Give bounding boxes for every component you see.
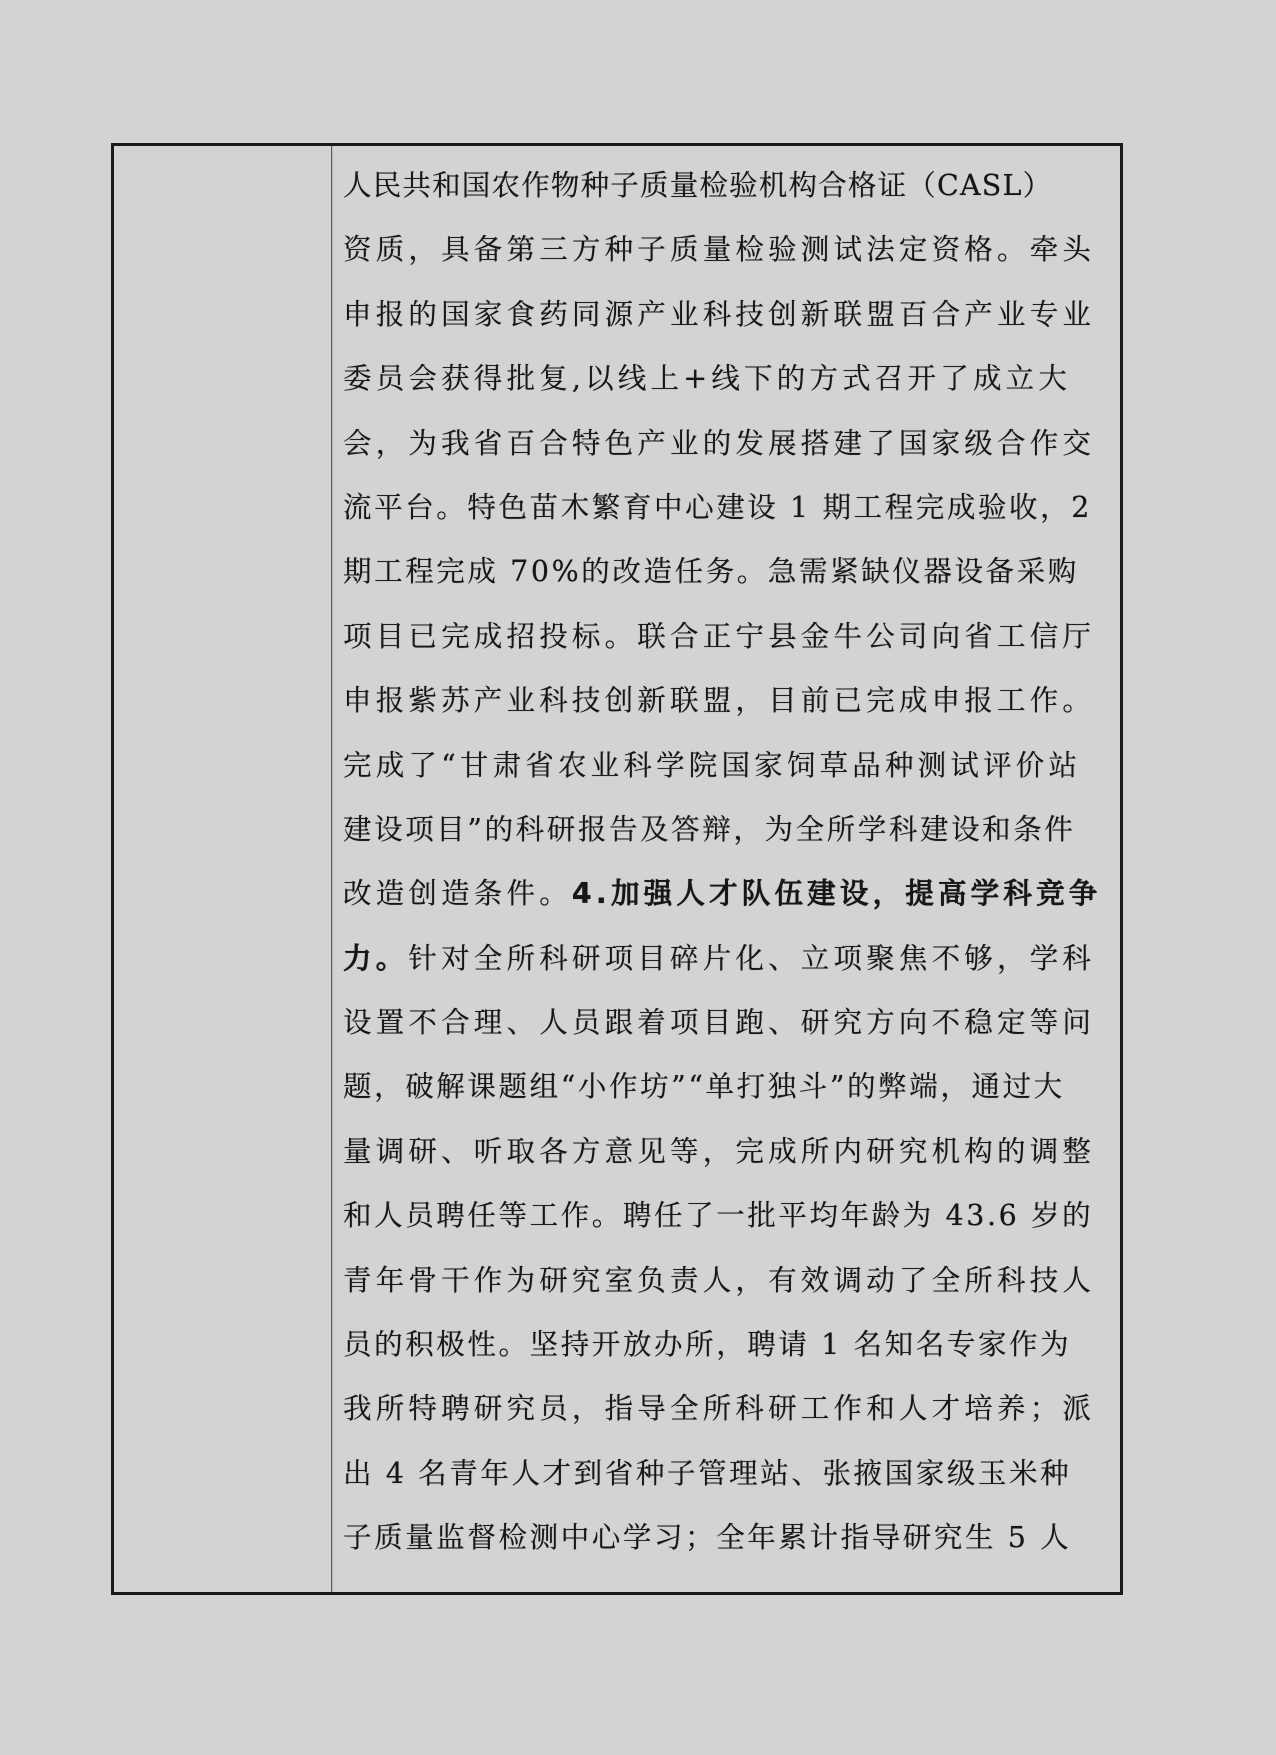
text-segment: 我所特聘研究员，指导全所科研工作和人才培养；派 bbox=[343, 1392, 1095, 1425]
text-segment: 量调研、听取各方意见等，完成所内研究机构的调整 bbox=[343, 1135, 1095, 1168]
text-segment: 员的积极性。坚持开放办所，聘请 1 名知名专家作为 bbox=[343, 1328, 1071, 1361]
text-segment: 申报的国家食药同源产业科技创新联盟百合产业专业 bbox=[343, 298, 1095, 331]
text-segment: 设置不合理、人员跟着项目跑、研究方向不稳定等问 bbox=[343, 1006, 1095, 1039]
text-line: 申报的国家食药同源产业科技创新联盟百合产业专业 bbox=[343, 283, 1113, 347]
text-line: 改造创造条件。4.加强人才队伍建设，提高学科竞争 bbox=[343, 862, 1113, 926]
text-segment: 资质，具备第三方种子质量检验测试法定资格。牵头 bbox=[343, 233, 1095, 266]
text-segment: 和人员聘任等工作。聘任了一批平均年龄为 43.6 岁的 bbox=[343, 1199, 1093, 1232]
text-segment: 青年骨干作为研究室负责人，有效调动了全所科技人 bbox=[343, 1264, 1095, 1297]
text-segment: 申报紫苏产业科技创新联盟，目前已完成申报工作。 bbox=[343, 684, 1095, 717]
text-segment: 改造创造条件。 bbox=[343, 877, 572, 910]
text-line: 设置不合理、人员跟着项目跑、研究方向不稳定等问 bbox=[343, 991, 1113, 1055]
text-line: 人民共和国农作物种子质量检验机构合格证（CASL） bbox=[343, 154, 1113, 218]
text-segment: 人民共和国农作物种子质量检验机构合格证（CASL） bbox=[343, 169, 1052, 202]
text-line: 期工程完成 70%的改造任务。急需紧缺仪器设备采购 bbox=[343, 540, 1113, 604]
text-line: 出 4 名青年人才到省种子管理站、张掖国家级玉米种 bbox=[343, 1442, 1113, 1506]
bold-heading-segment: 4.加强人才队伍建设，提高学科竞争 bbox=[572, 877, 1102, 910]
text-line: 题，破解课题组“小作坊”“单打独斗”的弊端，通过大 bbox=[343, 1055, 1113, 1119]
text-line: 完成了“甘肃省农业科学院国家饲草品种测试评价站 bbox=[343, 734, 1113, 798]
text-line: 力。针对全所科研项目碎片化、立项聚焦不够，学科 bbox=[343, 927, 1113, 991]
text-line: 我所特聘研究员，指导全所科研工作和人才培养；派 bbox=[343, 1377, 1113, 1441]
text-line: 量调研、听取各方意见等，完成所内研究机构的调整 bbox=[343, 1120, 1113, 1184]
text-line: 青年骨干作为研究室负责人，有效调动了全所科技人 bbox=[343, 1249, 1113, 1313]
text-line: 资质，具备第三方种子质量检验测试法定资格。牵头 bbox=[343, 218, 1113, 282]
bold-heading-segment: 力。 bbox=[343, 942, 408, 975]
text-segment: 针对全所科研项目碎片化、立项聚焦不够，学科 bbox=[408, 942, 1095, 975]
table-left-cell bbox=[114, 146, 331, 1592]
body-text: 人民共和国农作物种子质量检验机构合格证（CASL） 资质，具备第三方种子质量检验… bbox=[343, 154, 1113, 1571]
text-line: 会，为我省百合特色产业的发展搭建了国家级合作交 bbox=[343, 412, 1113, 476]
text-segment: 子质量监督检测中心学习；全年累计指导研究生 5 人 bbox=[343, 1521, 1071, 1554]
text-line: 申报紫苏产业科技创新联盟，目前已完成申报工作。 bbox=[343, 669, 1113, 733]
text-segment: 完成了“甘肃省农业科学院国家饲草品种测试评价站 bbox=[343, 749, 1081, 782]
text-segment: 流平台。特色苗木繁育中心建设 1 期工程完成验收，2 bbox=[343, 491, 1092, 524]
text-segment: 出 4 名青年人才到省种子管理站、张掖国家级玉米种 bbox=[343, 1457, 1071, 1490]
text-line: 和人员聘任等工作。聘任了一批平均年龄为 43.6 岁的 bbox=[343, 1184, 1113, 1248]
table-right-cell: 人民共和国农作物种子质量检验机构合格证（CASL） 资质，具备第三方种子质量检验… bbox=[333, 146, 1120, 1592]
text-line: 流平台。特色苗木繁育中心建设 1 期工程完成验收，2 bbox=[343, 476, 1113, 540]
text-segment: 建设项目”的科研报告及答辩，为全所学科建设和条件 bbox=[343, 813, 1075, 846]
text-line: 子质量监督检测中心学习；全年累计指导研究生 5 人 bbox=[343, 1506, 1113, 1570]
text-segment: 委员会获得批复,以线上+线下的方式召开了成立大 bbox=[343, 362, 1071, 395]
text-line: 委员会获得批复,以线上+线下的方式召开了成立大 bbox=[343, 347, 1113, 411]
text-segment: 题，破解课题组“小作坊”“单打独斗”的弊端，通过大 bbox=[343, 1070, 1065, 1103]
text-segment: 会，为我省百合特色产业的发展搭建了国家级合作交 bbox=[343, 427, 1095, 460]
text-line: 建设项目”的科研报告及答辩，为全所学科建设和条件 bbox=[343, 798, 1113, 862]
text-segment: 期工程完成 70%的改造任务。急需紧缺仪器设备采购 bbox=[343, 555, 1079, 588]
text-line: 员的积极性。坚持开放办所，聘请 1 名知名专家作为 bbox=[343, 1313, 1113, 1377]
text-line: 项目已完成招投标。联合正宁县金牛公司向省工信厅 bbox=[343, 605, 1113, 669]
text-segment: 项目已完成招投标。联合正宁县金牛公司向省工信厅 bbox=[343, 620, 1095, 653]
